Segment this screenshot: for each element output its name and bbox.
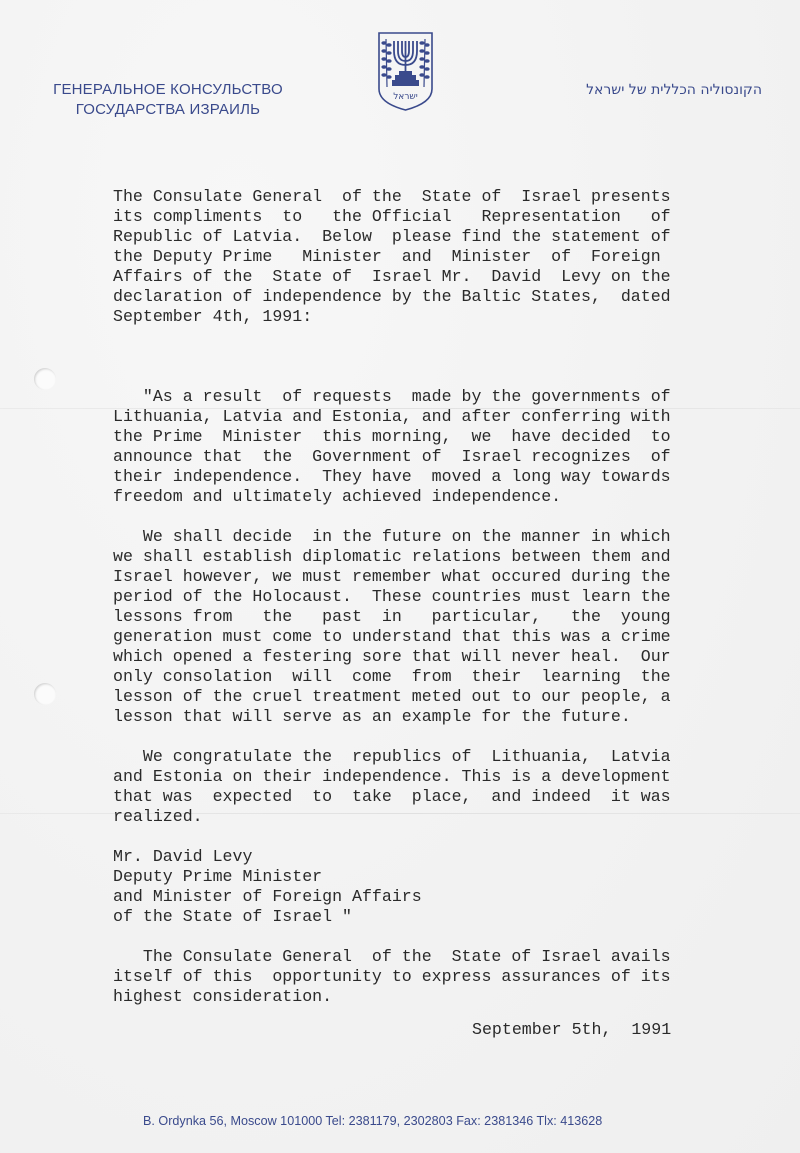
closing-paragraph: The Consulate General of the State of Is… [113, 947, 683, 1007]
text-line: highest consideration. [113, 987, 683, 1007]
text-line: lessons from the past in particular, the… [113, 607, 683, 627]
text-line: and Estonia on their independence. This … [113, 767, 683, 787]
text-line: its compliments to the Official Represen… [113, 207, 683, 227]
signature-line: of the State of Israel " [113, 907, 683, 927]
text-line: itself of this opportunity to express as… [113, 967, 683, 987]
footer-address: B. Ordynka 56, Moscow 101000 Tel: 238117… [143, 1114, 602, 1128]
letter-date: September 5th, 1991 [472, 1020, 671, 1040]
text-line: announce that the Government of Israel r… [113, 447, 683, 467]
text-line: We congratulate the republics of Lithuan… [113, 747, 683, 767]
text-line: declaration of independence by the Balti… [113, 287, 683, 307]
text-line: that was expected to take place, and ind… [113, 787, 683, 807]
text-line: We shall decide in the future on the man… [113, 527, 683, 547]
letterhead-russian-line-1: ГЕНЕРАЛЬНОЕ КОНСУЛЬСТВО [48, 80, 288, 100]
letterhead-russian: ГЕНЕРАЛЬНОЕ КОНСУЛЬСТВО ГОСУДАРСТВА ИЗРА… [48, 80, 288, 120]
text-line: Republic of Latvia. Below please find th… [113, 227, 683, 247]
menorah-emblem-icon: ישראל [377, 31, 434, 111]
text-line: lesson that will serve as an example for… [113, 707, 683, 727]
text-line: "As a result of requests made by the gov… [113, 387, 683, 407]
statement-paragraph-1: "As a result of requests made by the gov… [113, 387, 683, 507]
letterhead-russian-line-2: ГОСУДАРСТВА ИЗРАИЛЬ [48, 100, 288, 120]
letterhead-hebrew: הקונסוליה הכללית של ישראל [586, 80, 762, 100]
text-line: which opened a festering sore that will … [113, 647, 683, 667]
text-line: The Consulate General of the State of Is… [113, 947, 683, 967]
letter-body: The Consulate General of the State of Is… [113, 187, 683, 1007]
text-line: we shall establish diplomatic relations … [113, 547, 683, 567]
text-line: realized. [113, 807, 683, 827]
svg-text:ישראל: ישראל [393, 92, 418, 102]
text-line: the Deputy Prime Minister and Minister o… [113, 247, 683, 267]
text-line: the Prime Minister this morning, we have… [113, 427, 683, 447]
signature-line: Mr. David Levy [113, 847, 683, 867]
signature-line: and Minister of Foreign Affairs [113, 887, 683, 907]
text-line: Lithuania, Latvia and Estonia, and after… [113, 407, 683, 427]
text-line: their independence. They have moved a lo… [113, 467, 683, 487]
text-line: only consolation will come from their le… [113, 667, 683, 687]
text-line: period of the Holocaust. These countries… [113, 587, 683, 607]
text-line: lesson of the cruel treatment meted out … [113, 687, 683, 707]
punch-hole [34, 368, 56, 390]
punch-hole [34, 683, 56, 705]
text-line: Affairs of the State of Israel Mr. David… [113, 267, 683, 287]
text-line: freedom and ultimately achieved independ… [113, 487, 683, 507]
signature-line: Deputy Prime Minister [113, 867, 683, 887]
text-line: Israel however, we must remember what oc… [113, 567, 683, 587]
text-line: generation must come to understand that … [113, 627, 683, 647]
text-line: The Consulate General of the State of Is… [113, 187, 683, 207]
intro-paragraph: The Consulate General of the State of Is… [113, 187, 683, 327]
text-line: September 4th, 1991: [113, 307, 683, 327]
statement-paragraph-3: We congratulate the republics of Lithuan… [113, 747, 683, 827]
statement-paragraph-2: We shall decide in the future on the man… [113, 527, 683, 727]
signature-block: Mr. David Levy Deputy Prime Minister and… [113, 847, 683, 927]
